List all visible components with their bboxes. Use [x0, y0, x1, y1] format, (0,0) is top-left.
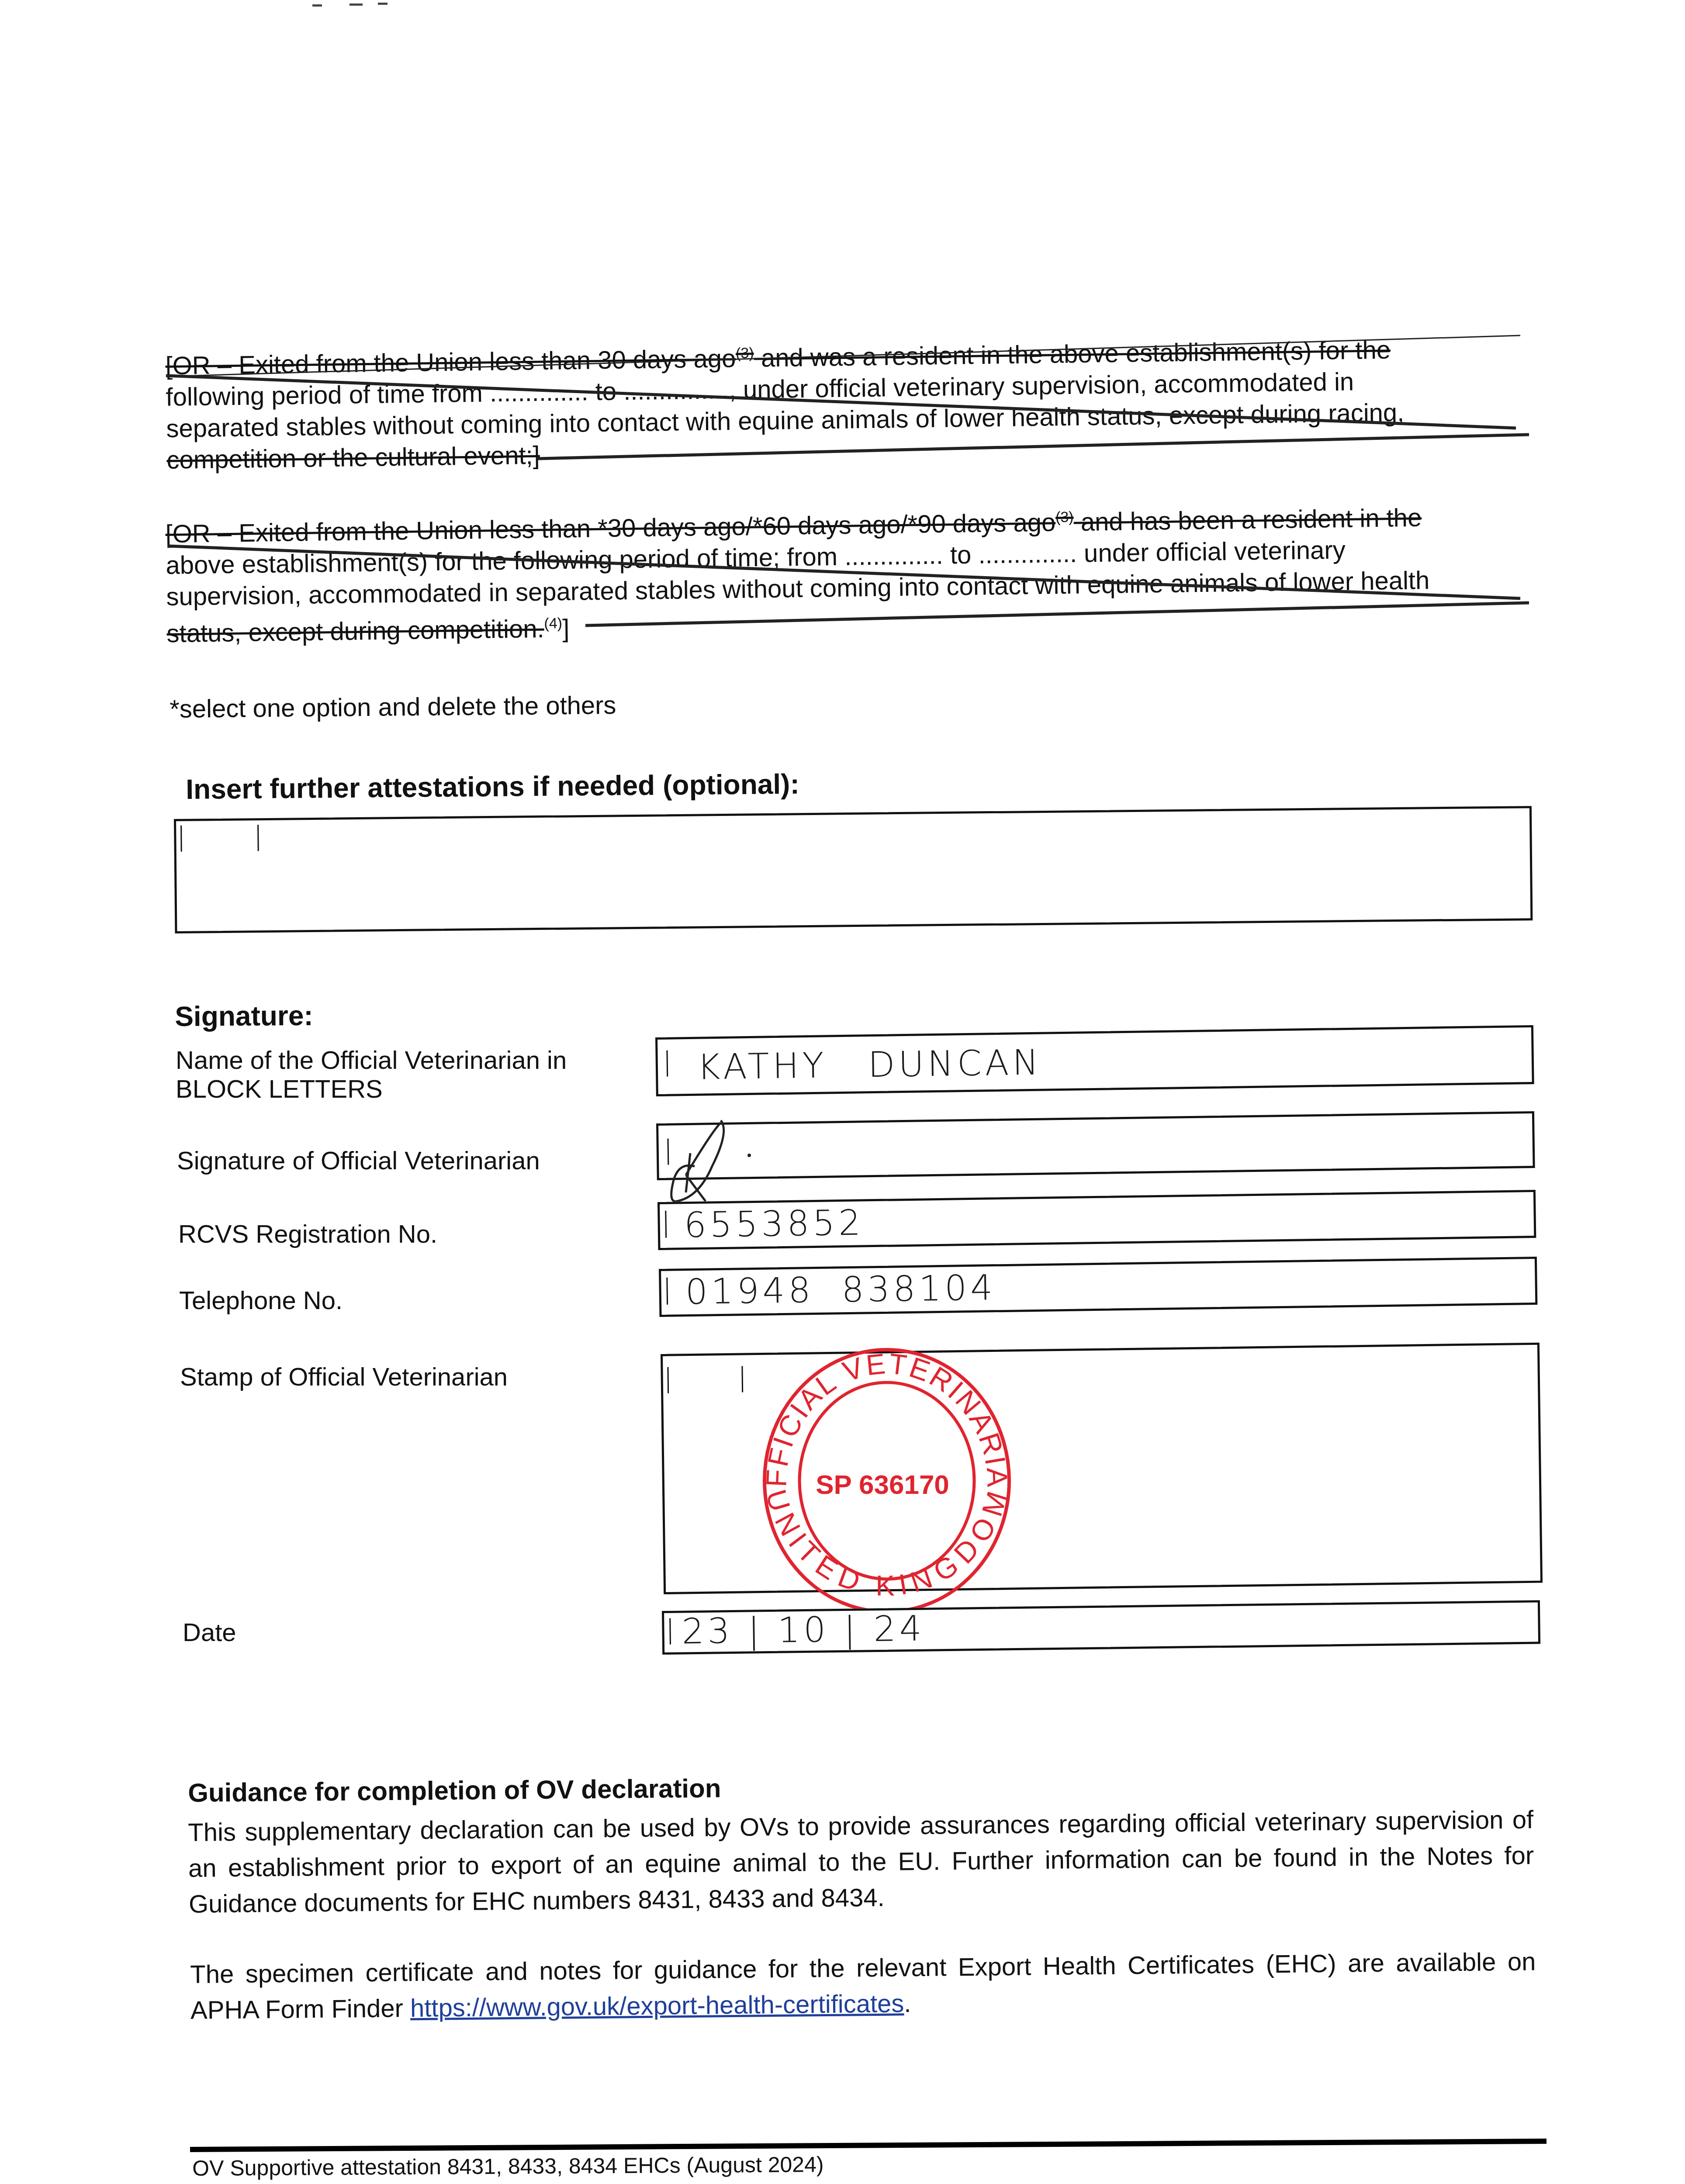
name-label: Name of the Official Veterinarian in BLO…: [176, 1046, 567, 1104]
name-field[interactable]: KATHY DUNCAN: [655, 1025, 1534, 1096]
svg-text:UNITED KINGDOM: UNITED KINGDOM: [760, 1486, 1014, 1602]
cursor-mark: [666, 1051, 668, 1077]
rcvs-label: RCVS Registration No.: [178, 1220, 437, 1249]
cursor-mark: [257, 825, 259, 851]
cursor-mark: [665, 1211, 667, 1238]
telephone-label: Telephone No.: [179, 1286, 343, 1315]
official-veterinarian-stamp: OFFICIAL VETERINARIAN UNITED KINGDOM SP …: [751, 1339, 1022, 1610]
footnote-ref: (4): [544, 615, 562, 632]
signature-label: Signature of Official Veterinarian: [177, 1147, 540, 1175]
option-2-line-1-rest: and has been a resident in the: [1073, 504, 1422, 536]
stamp-center-text: SP 636170: [816, 1470, 949, 1500]
cursor-mark: [667, 1139, 669, 1165]
name-label-line-1: Name of the Official Veterinarian in: [176, 1046, 567, 1075]
footer-text: OV Supportive attestation 8431, 8433, 84…: [192, 2152, 824, 2181]
telephone-field[interactable]: 01948 838104: [659, 1257, 1537, 1317]
cursor-mark: [669, 1618, 671, 1645]
telephone-value: 01948 838104: [685, 1267, 996, 1312]
option-1-line-2a: following period of time from: [166, 379, 490, 412]
option-2-paragraph: [OR – Exited from the Union less than *3…: [165, 495, 1526, 650]
period: .: [904, 1989, 911, 2018]
export-health-certificates-link[interactable]: https://www.gov.uk/export-health-certifi…: [410, 1989, 904, 2022]
cursor-mark: [667, 1367, 669, 1393]
cursor-mark: [180, 826, 182, 852]
guidance-paragraph-1: This supplementary declaration can be us…: [188, 1802, 1534, 1922]
name-label-line-2: BLOCK LETTERS: [176, 1075, 383, 1103]
footer-divider: [190, 2139, 1547, 2152]
stamp-label: Stamp of Official Veterinarian: [180, 1363, 508, 1392]
option-1-line-1-rest: and was a resident in the above establis…: [754, 336, 1391, 373]
rcvs-field[interactable]: 6553852: [657, 1190, 1536, 1250]
date-to-field[interactable]: ...............,: [623, 376, 737, 405]
date-from-field[interactable]: ..............: [490, 378, 588, 408]
signature-heading: Signature:: [175, 999, 313, 1033]
further-attestations-input[interactable]: [174, 806, 1533, 933]
stamp-bottom-text: UNITED KINGDOM: [760, 1486, 1014, 1602]
name-value: KATHY DUNCAN: [697, 1042, 1042, 1088]
to-text: to: [588, 377, 623, 406]
option-1-line-2b: under official veterinary supervision, a…: [736, 368, 1354, 404]
date-value: 23 | 10 | 24: [682, 1608, 925, 1652]
cursor-mark: [666, 1278, 668, 1305]
select-option-note: *select one option and delete the others: [170, 691, 616, 724]
option-2-line-4: status, except during competition.: [166, 615, 544, 648]
date-label: Date: [183, 1618, 236, 1647]
guidance-title: Guidance for completion of OV declaratio…: [188, 1773, 721, 1808]
footnote-ref: (3): [1055, 509, 1074, 526]
scan-artifact-marks: [312, 3, 408, 7]
option-1-paragraph: [OR – Exited from the Union less than 30…: [165, 327, 1526, 476]
option-1-line-4: competition or the cultural event;]: [166, 441, 540, 474]
footnote-ref: (3): [736, 345, 754, 362]
bracket-close: ]: [562, 615, 570, 643]
cursor-mark: [741, 1366, 743, 1393]
document-page: [OR – Exited from the Union less than 30…: [0, 0, 1685, 2184]
guidance-paragraph-2: The specimen certificate and notes for g…: [190, 1944, 1536, 2028]
option-1-line-1: [OR – Exited from the Union less than 30…: [165, 344, 736, 380]
further-attestations-heading: Insert further attestations if needed (o…: [186, 768, 799, 805]
rcvs-value: 6553852: [684, 1202, 865, 1245]
signature-field[interactable]: [656, 1111, 1535, 1180]
